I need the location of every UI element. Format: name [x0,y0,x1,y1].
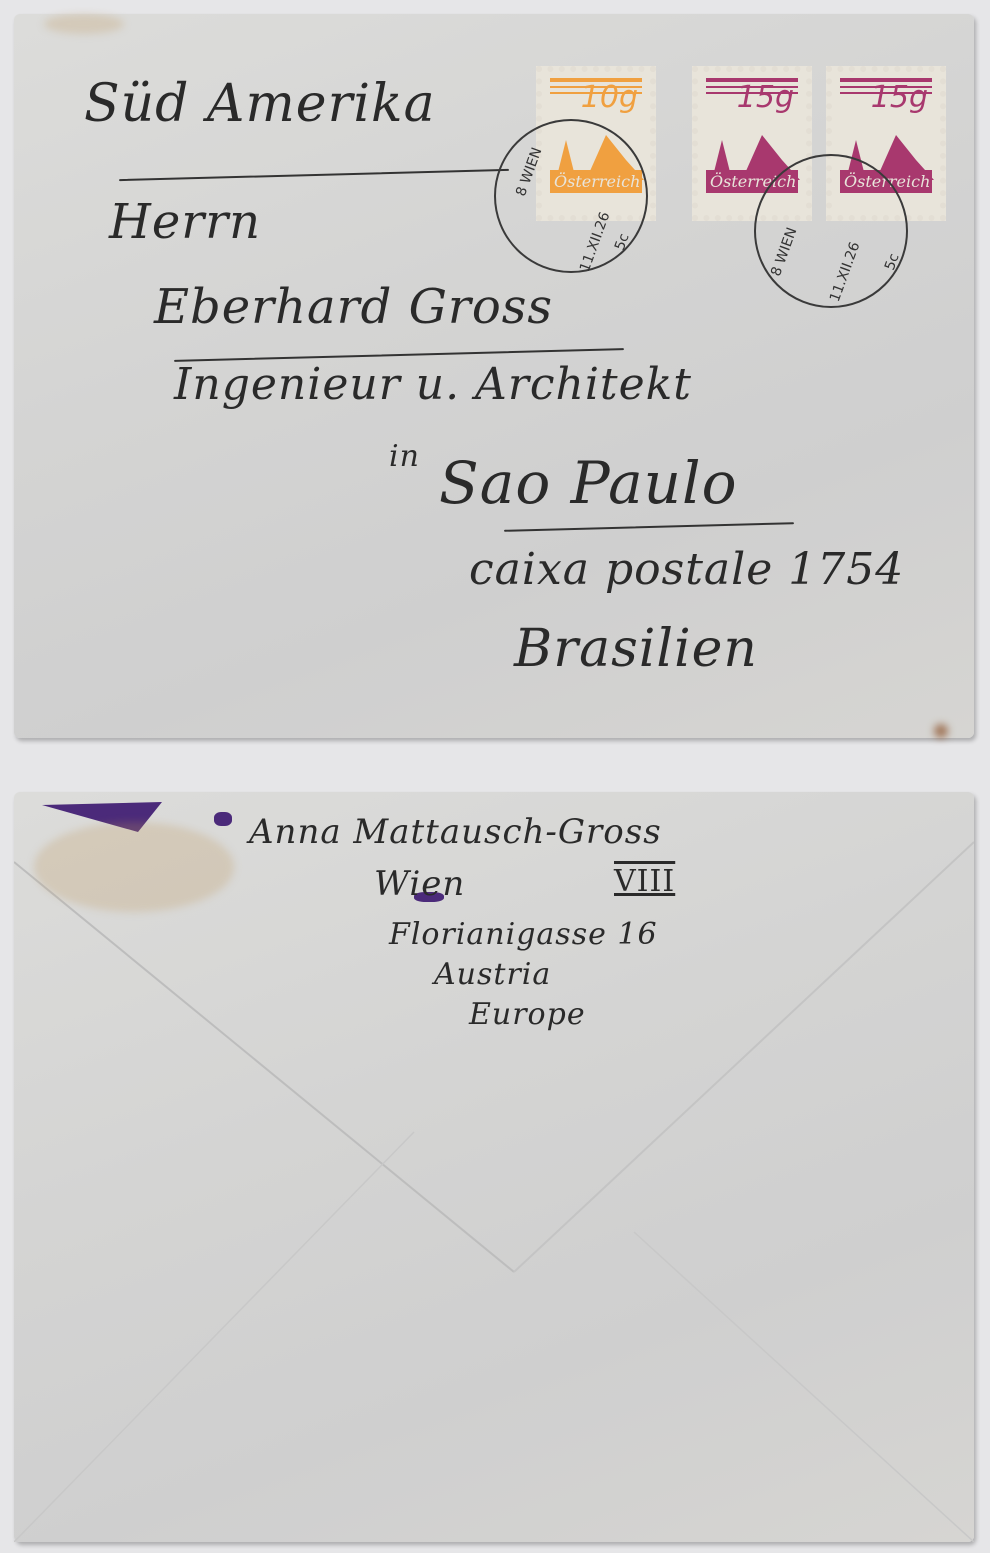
preposition-text: in [389,439,420,474]
stain [44,14,124,34]
envelope-front: Süd Amerika Herrn Eberhard Gross Ingenie… [14,14,974,738]
recipient-title: Ingenieur u. Architekt [174,359,692,410]
sender-street: Florianigasse 16 [389,917,658,952]
country-text: Brasilien [514,619,758,679]
salutation-text: Herrn [109,194,261,250]
sender-name: Anna Mattausch-Gross [249,812,662,852]
route-underline [119,169,509,181]
city-text: Sao Paulo [439,449,738,517]
recipient-name: Eberhard Gross [154,279,553,335]
sender-city: Wien [374,864,465,904]
sender-country: Austria [434,957,551,992]
stain [934,724,948,738]
envelope-back: Anna Mattausch-Gross Wien VIII Florianig… [14,792,974,1542]
torn-flap-lining [214,812,232,826]
sender-district: VIII [614,864,675,899]
address-text: caixa postale 1754 [469,544,904,595]
stamp-value: 15g [737,80,794,115]
stamp-value: 15g [871,80,928,115]
stain [34,822,234,912]
stamp-value: 10g [581,80,638,115]
sender-continent: Europe [469,997,586,1032]
route-text: Süd Amerika [84,74,436,134]
city-underline [504,522,794,532]
